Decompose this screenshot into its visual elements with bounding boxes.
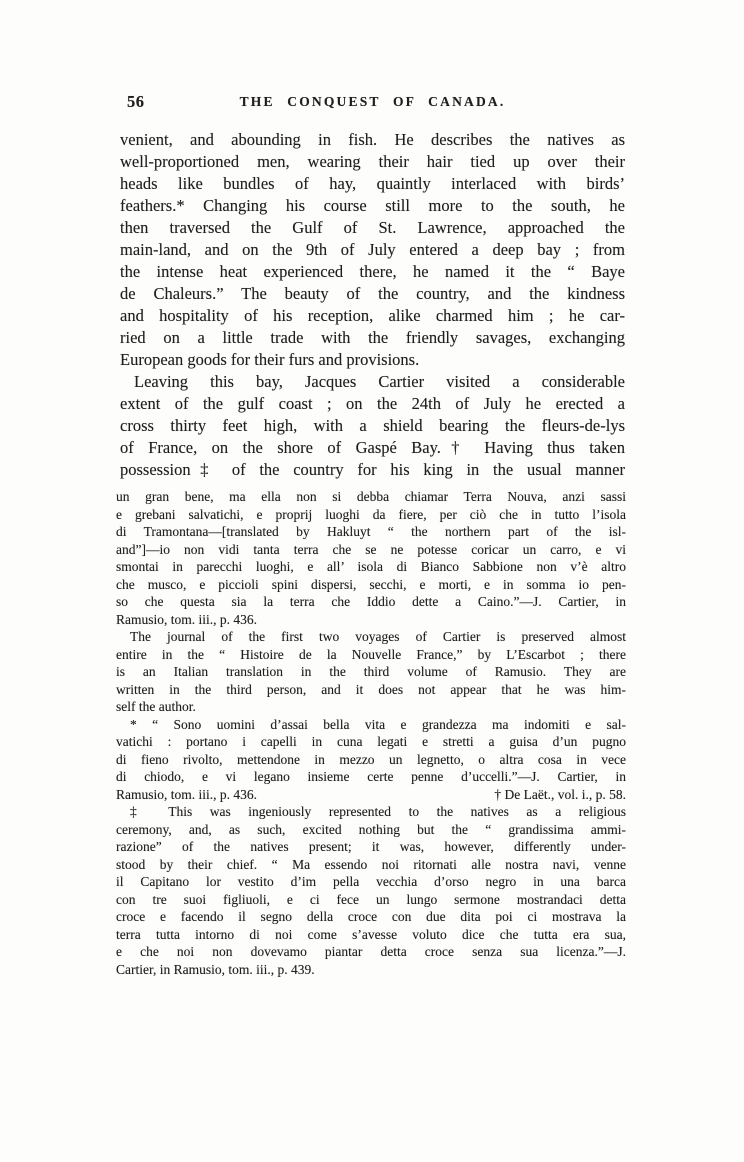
text-line: possession‡ of the country for his king …: [120, 459, 625, 481]
text-line: e che noi non dovevamo piantar detta cro…: [116, 943, 626, 961]
text-line: * “ Sono uomini d’assai bella vita e gra…: [116, 716, 626, 734]
text-line: che musco, e piccioli spini dispersi, se…: [116, 576, 626, 594]
text-line: written in the third person, and it does…: [116, 681, 626, 699]
text-line: stood by their chief. “ Ma essendo noi r…: [116, 856, 626, 874]
text-line: European goods for their furs and provis…: [120, 349, 625, 371]
text-line: of France, on the shore of Gaspé Bay.† H…: [120, 437, 625, 459]
text-line: cross thirty feet high, with a shield be…: [120, 415, 625, 437]
text-line: the intense heat experienced there, he n…: [120, 261, 625, 283]
text-line: entire in the “ Histoire de la Nouvelle …: [116, 646, 626, 664]
footnote-paragraph: un gran bene, ma ella non si debba chiam…: [116, 488, 626, 628]
text-line: ‡ This was ingeniously represented to th…: [116, 803, 626, 821]
text-line: smontai in parecchi luoghi, e all’ isola…: [116, 558, 626, 576]
text-line: and hospitality of his reception, alike …: [120, 305, 625, 327]
text-line: main-land, and on the 9th of July entere…: [120, 239, 625, 261]
text-line: venient, and abounding in fish. He descr…: [120, 129, 625, 151]
text-line: Cartier, in Ramusio, tom. iii., p. 439.: [116, 961, 626, 979]
text-line: heads like bundles of hay, quaintly inte…: [120, 173, 625, 195]
footnote-paragraph: The journal of the first two voyages of …: [116, 628, 626, 716]
text-line: then traversed the Gulf of St. Lawrence,…: [120, 217, 625, 239]
text-line: so che questa sia la terra che Iddio det…: [116, 593, 626, 611]
text-line: The journal of the first two voyages of …: [116, 628, 626, 646]
footnote-paragraph: * “ Sono uomini d’assai bella vita e gra…: [116, 716, 626, 804]
text-line: un gran bene, ma ella non si debba chiam…: [116, 488, 626, 506]
body-text: venient, and abounding in fish. He descr…: [120, 129, 625, 481]
text-line: de Chaleurs.” The beauty of the country,…: [120, 283, 625, 305]
text-line: croce e facendo il segno della croce con…: [116, 908, 626, 926]
text-line: ried on a little trade with the friendly…: [120, 327, 625, 349]
text-line: and”]—io non vidi tanta terra che se ne …: [116, 541, 626, 559]
text-line: well-proportioned men, wearing their hai…: [120, 151, 625, 173]
text-line: vatichi : portano i capelli in cuna lega…: [116, 733, 626, 751]
footnote-paragraph: ‡ This was ingeniously represented to th…: [116, 803, 626, 978]
body-paragraph: venient, and abounding in fish. He descr…: [120, 129, 625, 371]
text-line: di fieno rivolto, mettendone in mezzo un…: [116, 751, 626, 769]
text-line: e grebani salvatichi, e proprij luoghi d…: [116, 506, 626, 524]
text-line: con tre suoi figliuoli, e ci fece un lun…: [116, 891, 626, 909]
text-line: di chiodo, e vi legano insieme certe pen…: [116, 768, 626, 786]
running-title: THE CONQUEST OF CANADA.: [120, 92, 625, 112]
text-line: ceremony, and, as such, excited nothing …: [116, 821, 626, 839]
page-header: 56 THE CONQUEST OF CANADA.: [120, 92, 625, 112]
text-line: self the author.: [116, 698, 626, 716]
footnote-citation-right: † De Laët., vol. i., p. 58.: [494, 786, 626, 804]
text-line: di Tramontana—[translated by Hakluyt “ t…: [116, 523, 626, 541]
footnote-citation-left: Ramusio, tom. iii., p. 436.: [116, 786, 257, 804]
book-page: 56 THE CONQUEST OF CANADA. venient, and …: [0, 0, 744, 1162]
text-line: Ramusio, tom. iii., p. 436.† De Laët., v…: [116, 786, 626, 804]
text-line: feathers.* Changing his course still mor…: [120, 195, 625, 217]
text-line: razione” of the natives present; it was,…: [116, 838, 626, 856]
body-paragraph: Leaving this bay, Jacques Cartier visite…: [120, 371, 625, 481]
footnotes: un gran bene, ma ella non si debba chiam…: [116, 488, 626, 978]
text-line: is an Italian translation in the third v…: [116, 663, 626, 681]
text-line: Ramusio, tom. iii., p. 436.: [116, 611, 626, 629]
text-line: il Capitano lor vestito d’im pella vecch…: [116, 873, 626, 891]
text-line: extent of the gulf coast ; on the 24th o…: [120, 393, 625, 415]
text-line: Leaving this bay, Jacques Cartier visite…: [120, 371, 625, 393]
text-line: terra tutta intorno di noi come s’avesse…: [116, 926, 626, 944]
page-number: 56: [127, 92, 145, 112]
